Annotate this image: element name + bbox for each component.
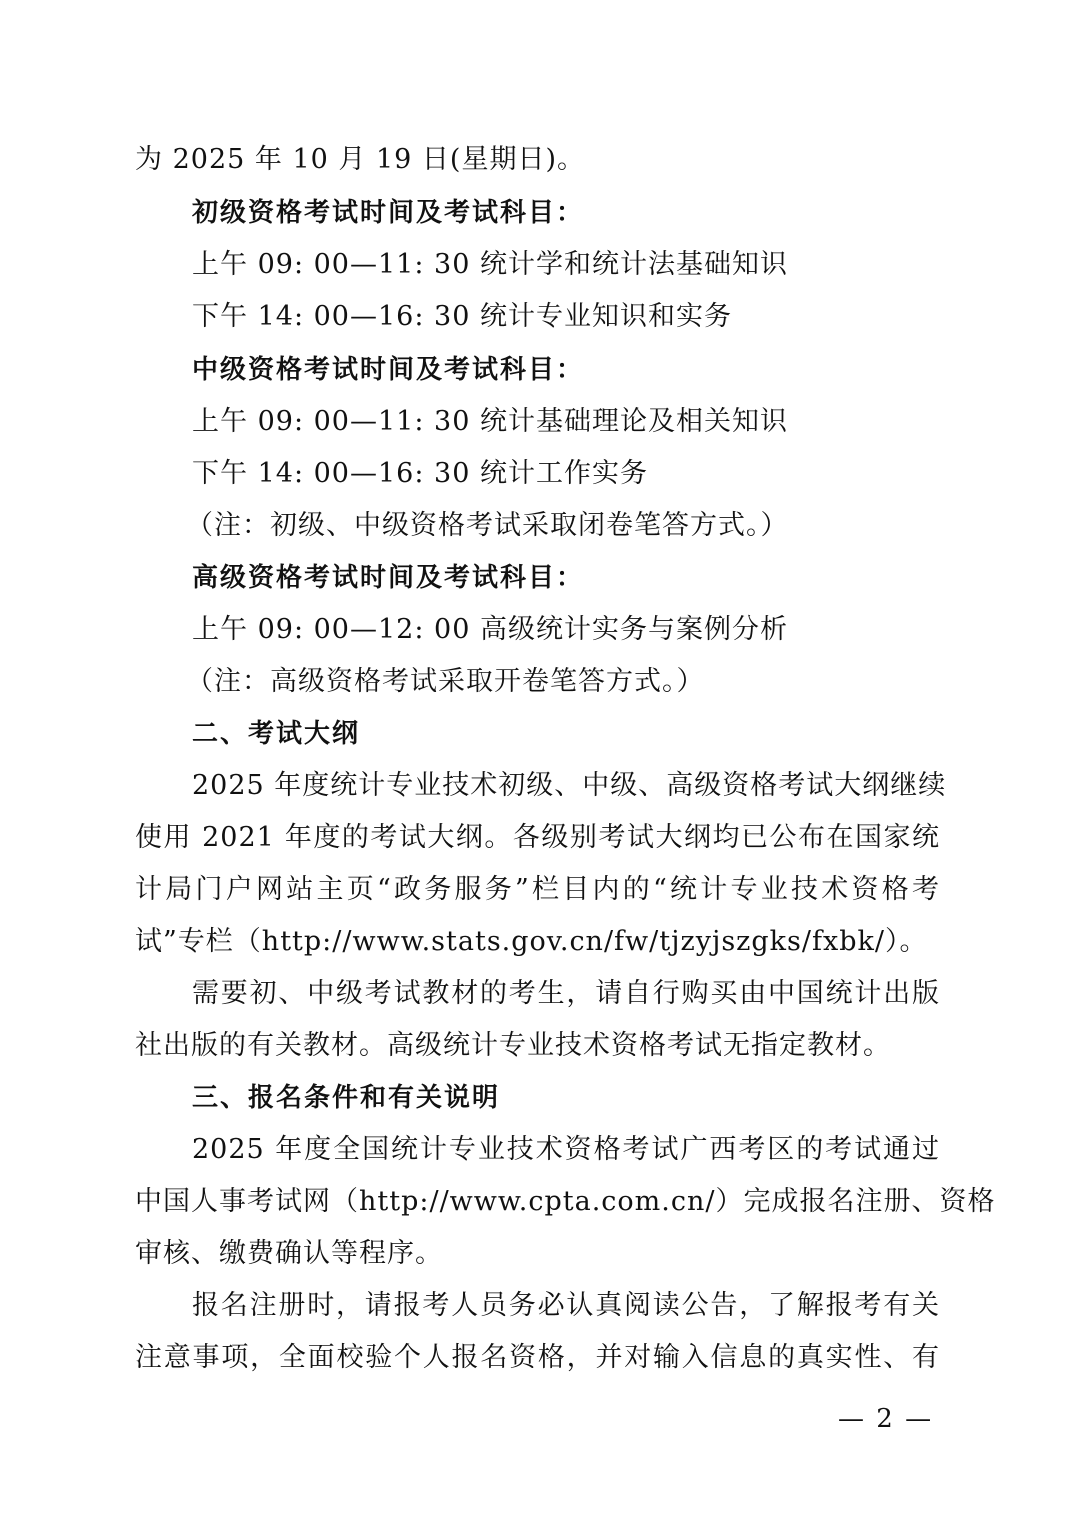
schedule-junior-afternoon: 下午 14: 00—16: 30 统计专业知识和实务 [192, 299, 732, 335]
paragraph-registration-line-2[interactable]: 中国人事考试网（http://www.cpta.com.cn/）完成报名注册、资… [135, 1184, 940, 1220]
section-heading-syllabus: 二、考试大纲 [192, 716, 360, 752]
page-number: — 2 — [838, 1402, 933, 1436]
heading-senior-exam: 高级资格考试时间及考试科目： [192, 560, 584, 596]
heading-junior-exam: 初级资格考试时间及考试科目： [192, 195, 584, 231]
section-heading-registration: 三、报名条件和有关说明 [192, 1080, 500, 1116]
paragraph-registration-line-1: 2025 年度全国统计专业技术资格考试广西考区的考试通过 [192, 1132, 940, 1168]
schedule-senior-morning: 上午 09: 00—12: 00 高级统计实务与案例分析 [192, 612, 788, 648]
paragraph-syllabus-line-4[interactable]: 试”专栏（http://www.stats.gov.cn/fw/tjzyjszg… [135, 924, 927, 960]
paragraph-syllabus-line-2: 使用 2021 年度的考试大纲。各级别考试大纲均已公布在国家统 [135, 820, 940, 856]
paragraph-registration-line-3: 审核、缴费确认等程序。 [135, 1236, 443, 1272]
schedule-intermediate-morning: 上午 09: 00—11: 30 统计基础理论及相关知识 [192, 404, 788, 440]
paragraph-syllabus-line-1: 2025 年度统计专业技术初级、中级、高级资格考试大纲继续 [192, 768, 940, 804]
heading-intermediate-exam: 中级资格考试时间及考试科目： [192, 352, 584, 388]
note-open-book: （注：高级资格考试采取开卷笔答方式。） [186, 664, 705, 700]
paragraph-syllabus-line-3: 计局门户网站主页“政务服务”栏目内的“统计专业技术资格考 [135, 872, 940, 908]
paragraph-notice-line-1: 报名注册时，请报考人员务必认真阅读公告，了解报考有关 [192, 1288, 940, 1324]
schedule-junior-morning: 上午 09: 00—11: 30 统计学和统计法基础知识 [192, 247, 788, 283]
paragraph-textbook-line-1: 需要初、中级考试教材的考生，请自行购买由中国统计出版 [192, 976, 940, 1012]
text-line-date: 为 2025 年 10 月 19 日(星期日)。 [135, 142, 585, 178]
paragraph-notice-line-2: 注意事项，全面校验个人报名资格，并对输入信息的真实性、有 [135, 1340, 940, 1376]
paragraph-textbook-line-2: 社出版的有关教材。高级统计专业技术资格考试无指定教材。 [135, 1028, 891, 1064]
schedule-intermediate-afternoon: 下午 14: 00—16: 30 统计工作实务 [192, 456, 648, 492]
note-closed-book: （注：初级、中级资格考试采取闭卷笔答方式。） [186, 508, 789, 544]
